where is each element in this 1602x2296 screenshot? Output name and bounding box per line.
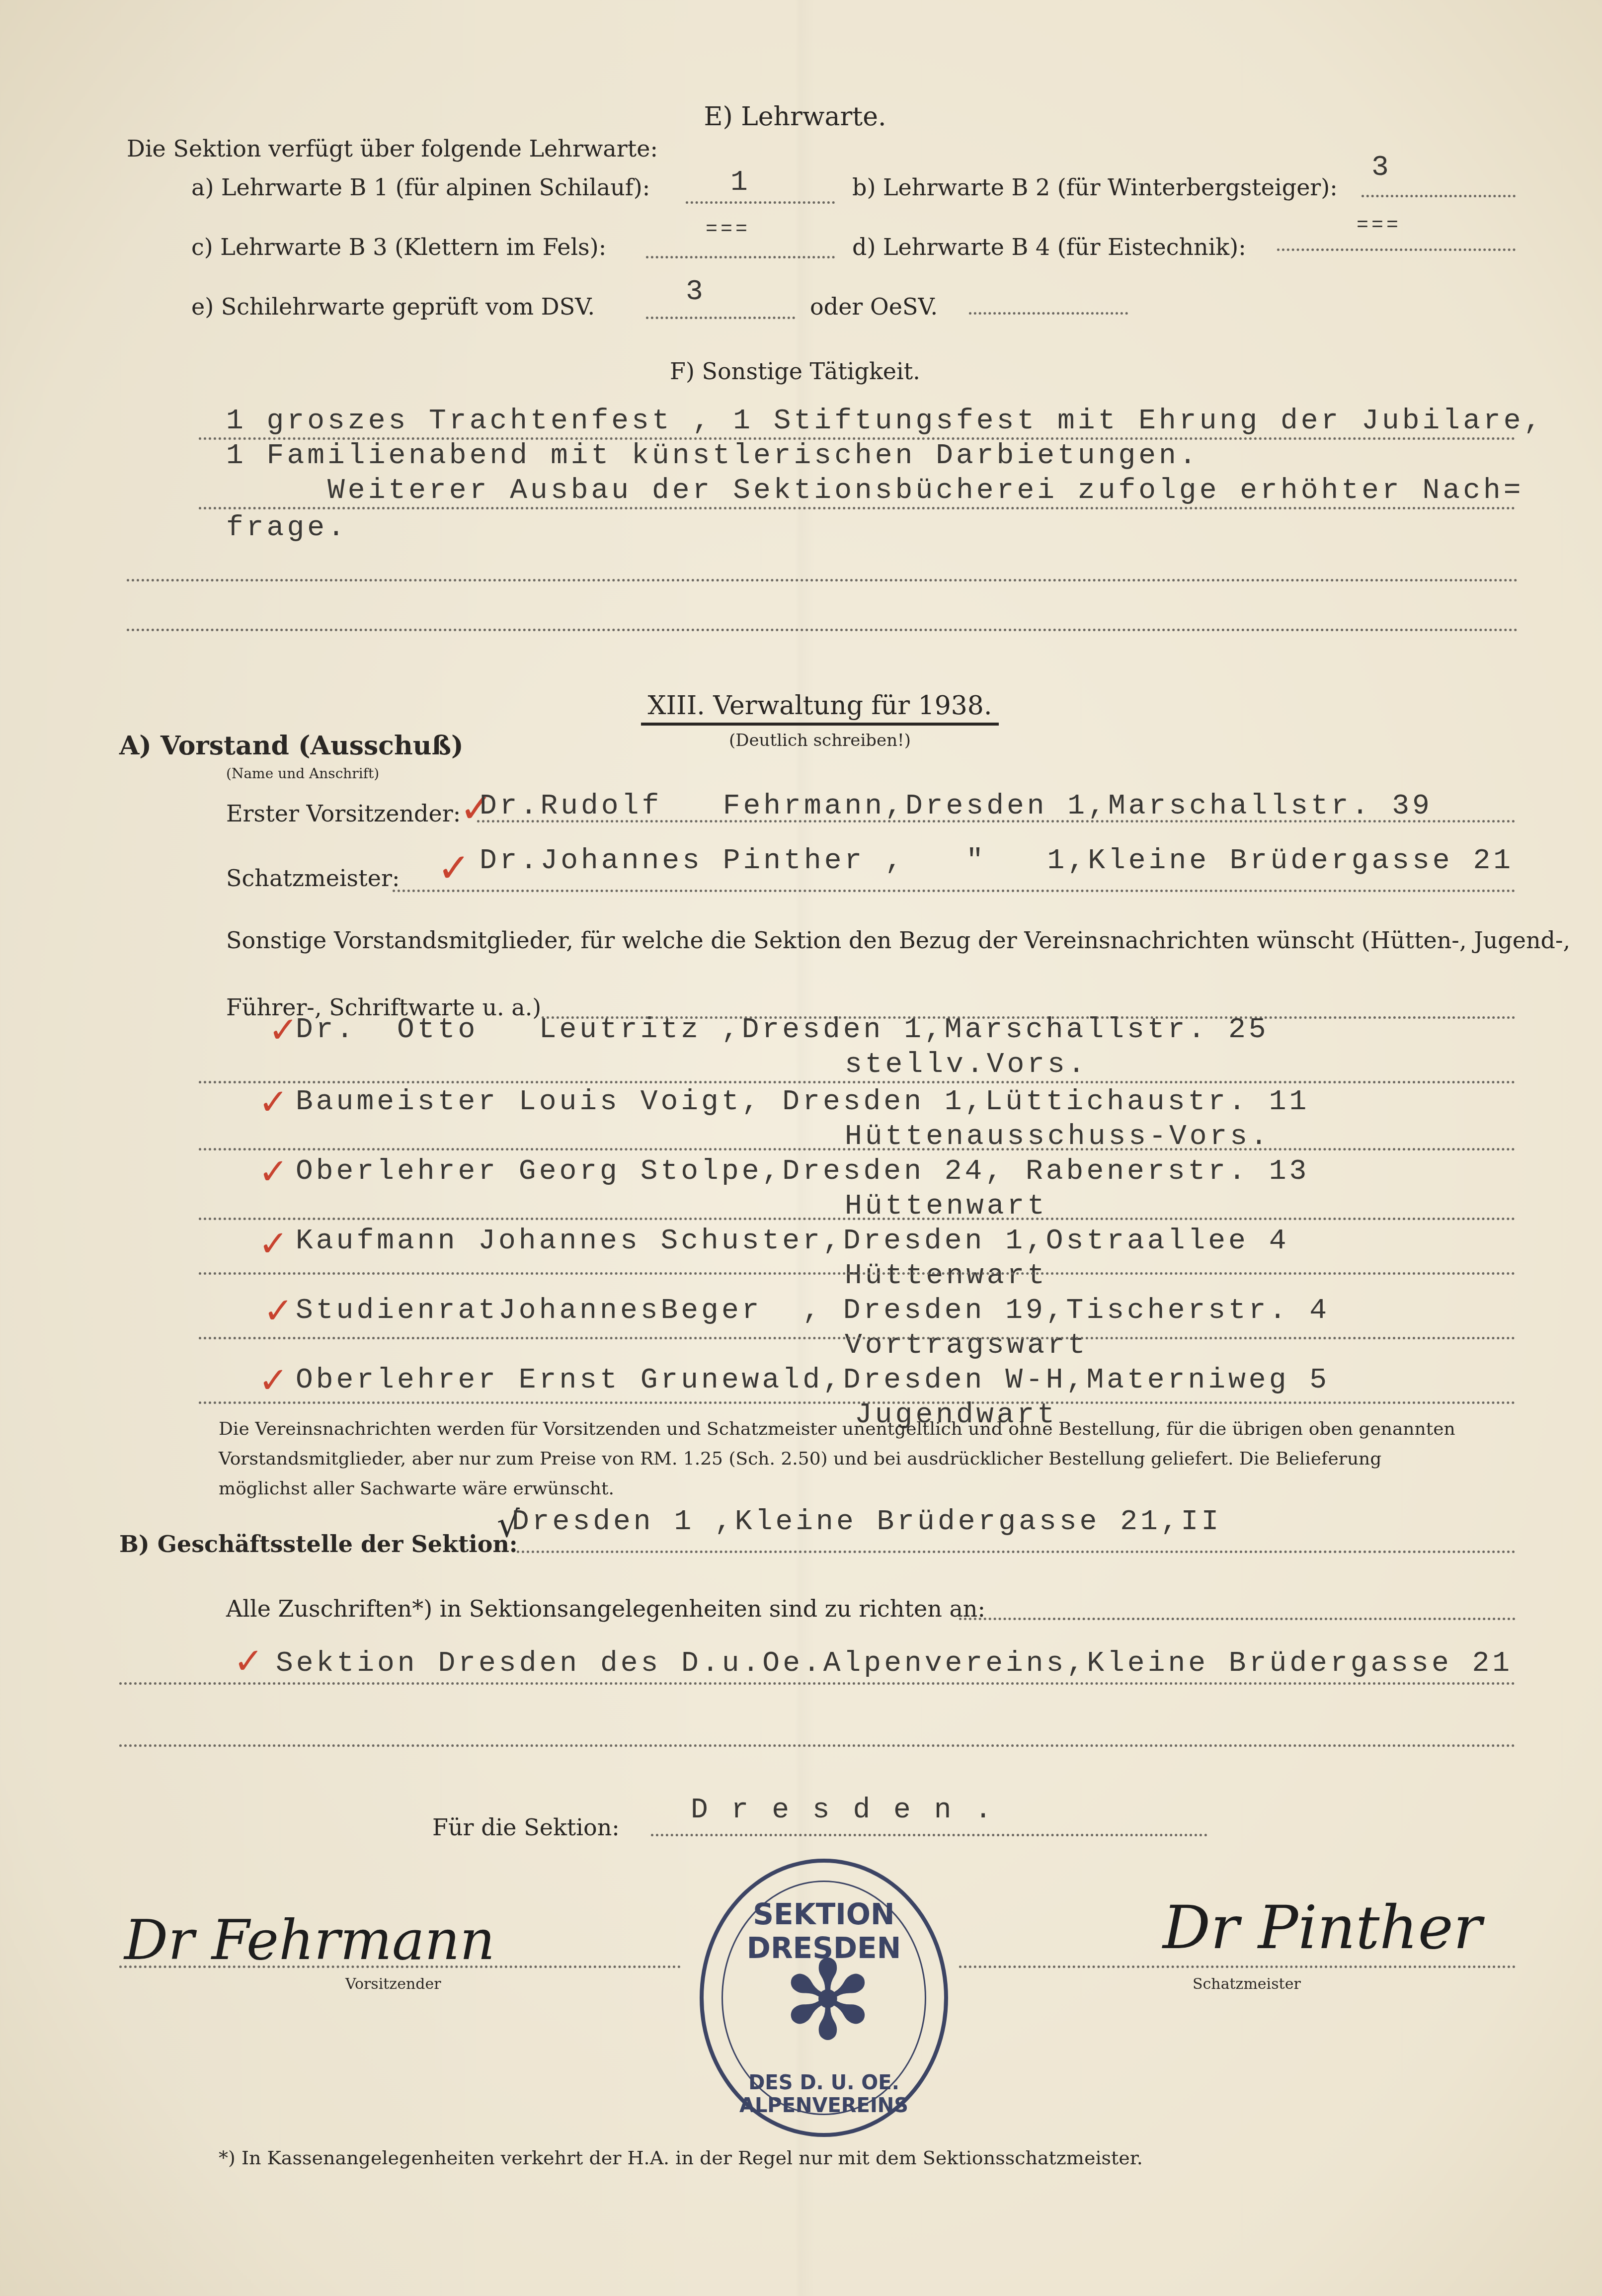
member-5-entry: StudienratJohannesBeger , Dresden 19,Tis…	[296, 1295, 1330, 1327]
erster-vorsitzender-value: Dr.Rudolf Fehrmann,Dresden 1,Marschallst…	[480, 790, 1433, 822]
section-xiii-heading: XIII. Verwaltung für 1938.	[641, 691, 999, 726]
schilehrwarte-dsv-line	[646, 317, 795, 319]
member-6-entry: Oberlehrer Ernst Grunewald,Dresden W-H,M…	[296, 1364, 1330, 1396]
member-3-entry: Oberlehrer Georg Stolpe,Dresden 24, Rabe…	[296, 1155, 1309, 1188]
member-2-entry: Baumeister Louis Voigt, Dresden 1,Lüttic…	[296, 1086, 1309, 1118]
member-rule	[199, 1148, 1516, 1150]
vorstand-subheading: (Name und Anschrift)	[226, 765, 379, 782]
member-4-entry: Kaufmann Johannes Schuster,Dresden 1,Ost…	[296, 1225, 1289, 1257]
lehrwarte-b2-value: 3	[1371, 152, 1392, 184]
red-check-icon: ✓	[234, 1640, 263, 1682]
section-xiii-note: (Deutlich schreiben!)	[721, 731, 919, 750]
fuer-die-sektion-value: D r e s d e n .	[691, 1794, 995, 1826]
red-check-icon: ✓	[263, 1290, 293, 1331]
lehrwarte-b2-label: b) Lehrwarte B 2 (für Winterbergsteiger)…	[852, 174, 1338, 201]
notice-line-2: Vorstandsmitglieder, aber nur zum Preise…	[219, 1449, 1381, 1469]
zuschriften-line-1	[959, 1618, 1516, 1620]
vorsitzender-label: Vorsitzender	[345, 1975, 441, 1993]
vorsitzender-line	[119, 1966, 681, 1968]
geschaeftsstelle-label: B) Geschäftsstelle der Sektion:	[119, 1531, 518, 1558]
member-1-role: stellv.Vors.	[845, 1049, 1088, 1081]
lehrwarte-b4-label: d) Lehrwarte B 4 (für Eistechnik):	[852, 234, 1246, 260]
schatzmeister-value: Dr.Johannes Pinther , " 1,Kleine Brüderg…	[480, 845, 1514, 877]
notice-line-3: möglichst aller Sachwarte wäre erwünscht…	[219, 1478, 614, 1499]
sonstige-label-1: Sonstige Vorstandsmitglieder, für welche…	[226, 927, 1570, 954]
section-e-intro: Die Sektion verfügt über folgende Lehrwa…	[127, 135, 658, 162]
footnote: *) In Kassenangelegenheiten verkehrt der…	[219, 2147, 1143, 2169]
member-rule	[199, 1337, 1516, 1339]
schilehrwarte-dsv-value: 3	[686, 276, 706, 308]
member-rule	[199, 1081, 1516, 1083]
fuer-die-sektion-label: Für die Sektion:	[432, 1814, 620, 1841]
red-check-icon: ✓	[268, 1009, 298, 1051]
schatzmeister-sig-label: Schatzmeister	[1193, 1975, 1301, 1993]
edelweiss-icon: ✻	[778, 1947, 878, 2056]
member-rule	[199, 1272, 1516, 1275]
red-check-icon: ✓	[258, 1081, 288, 1123]
schatzmeister-label: Schatzmeister:	[226, 865, 400, 892]
stamp-text-bottom: DES D. U. OE. ALPENVEREINS	[704, 2071, 944, 2117]
section-f-line-1: 1 groszes Trachtenfest , 1 Stiftungsfest…	[226, 405, 1544, 437]
zuschriften-value: Sektion Dresden des D.u.Oe.Alpenvereins,…	[276, 1647, 1513, 1680]
vorsitzender-signature: Dr Fehrmann	[124, 1908, 495, 1972]
section-f-rule-2	[199, 507, 1516, 509]
erster-vorsitzender-label: Erster Vorsitzender:	[226, 800, 461, 827]
lehrwarte-b1-value: 1	[730, 166, 751, 199]
member-1-entry: Dr. Otto Leutritz ,Dresden 1,Marschallst…	[296, 1014, 1269, 1046]
schilehrwarte-oesv-line	[969, 312, 1128, 315]
member-4-role: Hüttenwart	[845, 1260, 1047, 1292]
zuschriften-label: Alle Zuschriften*) in Sektionsangelegenh…	[226, 1595, 985, 1622]
red-check-icon: ✓	[437, 845, 471, 891]
geschaeftsstelle-value: Dresden 1 ,Kleine Brüdergasse 21,II	[512, 1506, 1221, 1538]
zuschriften-line-2	[119, 1682, 1516, 1685]
notice-line-1: Die Vereinsnachrichten werden für Vorsit…	[219, 1419, 1455, 1439]
section-f-line-4: frage.	[226, 512, 348, 544]
lehrwarte-b4-line	[1277, 248, 1516, 251]
lehrwarte-b1-line	[686, 201, 835, 204]
red-check-icon: ✓	[258, 1359, 288, 1401]
schatzmeister-signature: Dr Pinther	[1163, 1893, 1482, 1963]
section-e-heading: E) Lehrwarte.	[646, 102, 944, 132]
geschaeftsstelle-line	[517, 1551, 1516, 1553]
member-5-role: Vortragswart	[845, 1329, 1088, 1362]
schilehrwarte-oesv-label: oder OeSV.	[810, 293, 938, 320]
red-check-icon: ✓	[258, 1150, 288, 1192]
section-f-line-3: Weiterer Ausbau der Sektionsbücherei zuf…	[226, 475, 1524, 507]
fuer-die-sektion-line	[651, 1834, 1207, 1836]
lehrwarte-b4-value: ===	[1357, 215, 1401, 237]
section-f-rule-4	[127, 629, 1518, 631]
section-f-line-2: 1 Familienabend mit künstlerischen Darbi…	[226, 440, 1200, 472]
lehrwarte-b2-line	[1362, 195, 1516, 197]
section-f-rule-3	[127, 579, 1518, 581]
member-rule	[199, 1218, 1516, 1220]
schatzmeister-sig-line	[959, 1966, 1516, 1968]
lehrwarte-b3-label: c) Lehrwarte B 3 (Klettern im Fels):	[191, 234, 606, 260]
schatzmeister-line	[393, 890, 1516, 892]
lehrwarte-b3-value: ===	[706, 219, 750, 241]
vorstand-heading: A) Vorstand (Ausschuß)	[119, 731, 464, 761]
section-stamp: SEKTION DRESDEN ✻ DES D. U. OE. ALPENVER…	[700, 1859, 948, 2137]
lehrwarte-b1-label: a) Lehrwarte B 1 (für alpinen Schilauf):	[191, 174, 650, 201]
lehrwarte-b3-line	[646, 256, 835, 258]
section-f-heading: F) Sonstige Tätigkeit.	[621, 358, 969, 385]
schilehrwarte-dsv-label: e) Schilehrwarte geprüft vom DSV.	[191, 293, 595, 320]
red-check-icon: ✓	[258, 1223, 288, 1264]
zuschriften-line-3	[119, 1744, 1516, 1747]
